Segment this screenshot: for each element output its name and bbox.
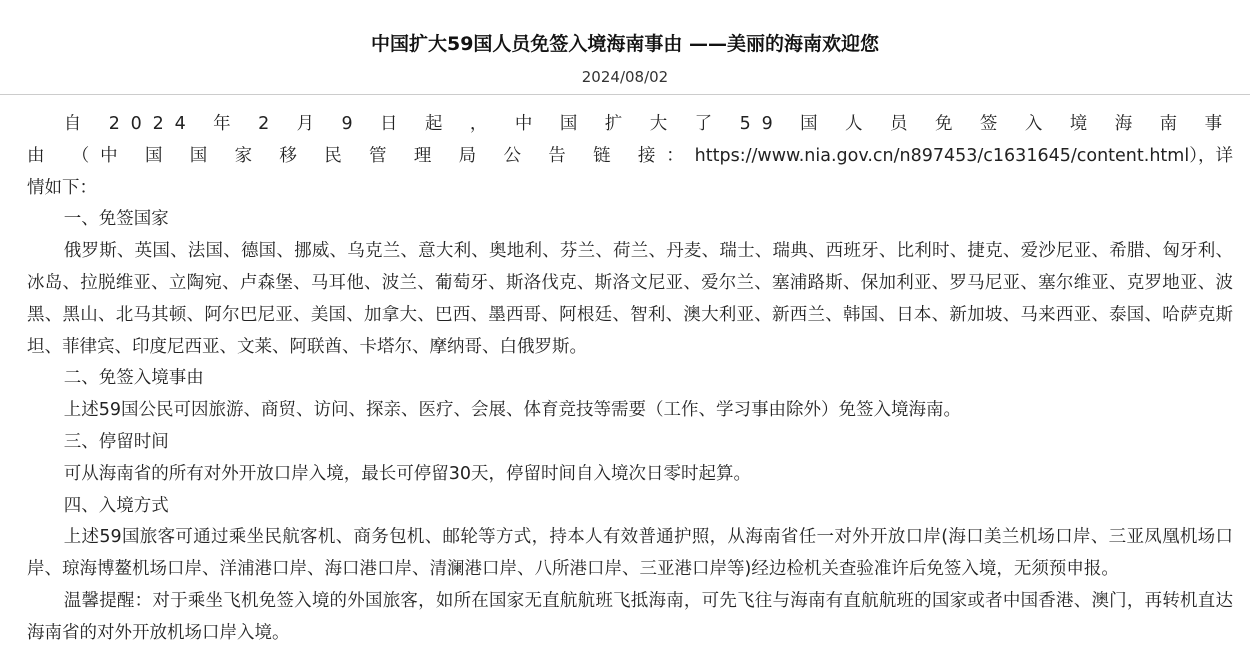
article-title: 中国扩大59国人员免签入境海南事由 ——美丽的海南欢迎您 <box>0 0 1250 56</box>
section-text-entry-method: 上述59国旅客可通过乘坐民航客机、商务包机、邮轮等方式，持本人有效普通护照，从海… <box>27 522 1233 586</box>
article-header: 中国扩大59国人员免签入境海南事由 ——美丽的海南欢迎您 2024/08/02 <box>0 0 1250 95</box>
section-text-countries: 俄罗斯、英国、法国、德国、挪威、乌克兰、意大利、奥地利、芬兰、荷兰、丹麦、瑞士、… <box>27 236 1233 363</box>
section-heading-countries: 一、免签国家 <box>27 204 1233 236</box>
intro-paragraph: 自 2024 年 2 月 9 日 起 ， 中 国 扩 大 了 59 国 人 员 … <box>27 109 1233 204</box>
section-heading-reasons: 二、免签入境事由 <box>27 363 1233 395</box>
article-body: 自 2024 年 2 月 9 日 起 ， 中 国 扩 大 了 59 国 人 员 … <box>0 95 1250 650</box>
article-date: 2024/08/02 <box>0 68 1250 86</box>
section-heading-stay-duration: 三、停留时间 <box>27 427 1233 459</box>
section-heading-entry-method: 四、入境方式 <box>27 491 1233 523</box>
reminder-paragraph: 温馨提醒：对于乘坐飞机免签入境的外国旅客，如所在国家无直航航班飞抵海南，可先飞往… <box>27 586 1233 650</box>
section-text-stay-duration: 可从海南省的所有对外开放口岸入境，最长可停留30天，停留时间自入境次日零时起算。 <box>27 459 1233 491</box>
announcement-link: https://www.nia.gov.cn/n897453/c1631645/… <box>695 146 1190 166</box>
section-text-reasons: 上述59国公民可因旅游、商贸、访问、探亲、医疗、会展、体育竞技等需要（工作、学习… <box>27 395 1233 427</box>
